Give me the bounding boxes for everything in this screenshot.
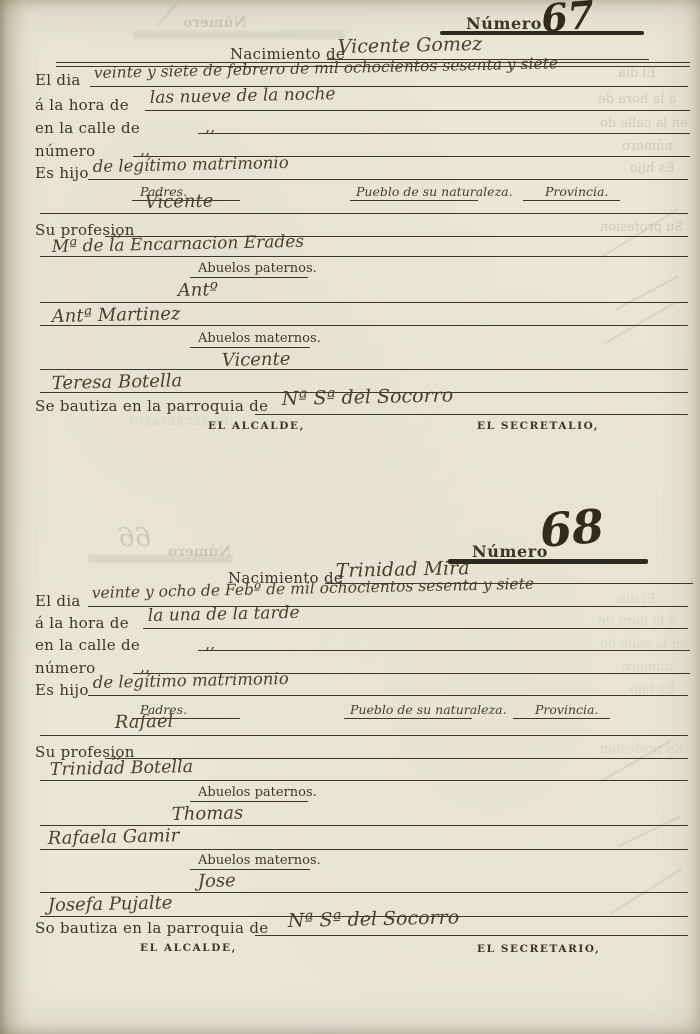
- numero-underline: [448, 559, 648, 564]
- abuelos-paternos-caption: Abuelos paternos.: [198, 261, 317, 276]
- hora-label: á la hora de: [35, 614, 129, 632]
- abuelos-paternos-underline: [190, 801, 308, 802]
- bautiza-underline: [255, 935, 688, 936]
- birth-record-68: Número 68 Nacimiento de Trinidad Mira El…: [0, 512, 700, 967]
- madre-row-line: [40, 780, 688, 781]
- column-header-provincia: Provincia.: [545, 184, 608, 199]
- hora-label: á la hora de: [35, 96, 129, 114]
- abuela-paterna-row-line: [40, 325, 688, 326]
- el-dia-value-handwritten: veinte y siete de febrero de mil ochocie…: [94, 54, 559, 82]
- el-dia-value-handwritten: veinte y ocho de Febº de mil ochocientos…: [92, 575, 535, 602]
- pueblo-header-underline: [350, 200, 478, 201]
- numero-casa-label: número: [35, 659, 95, 677]
- padre-row-line: [40, 213, 688, 214]
- column-header-pueblo: Pueblo de su naturaleza.: [356, 184, 513, 199]
- abuela-paterna-handwritten: Rafaela Gamir: [48, 825, 180, 849]
- es-hijo-value-handwritten: de legítimo matrimonio: [93, 669, 289, 692]
- secretario-signature-label: EL SECRETARIO,: [477, 943, 600, 955]
- numero-casa-label: número: [35, 142, 95, 160]
- calle-label: en la calle de: [35, 636, 140, 654]
- abuela-materna-handwritten: Josefa Pujalte: [48, 892, 173, 916]
- provincia-header-underline: [513, 718, 610, 719]
- hora-underline: [143, 628, 688, 629]
- alcalde-signature-label: EL ALCALDE,: [208, 420, 305, 432]
- birth-record-67: Número 67 Nacimiento de Vicente Gomez El…: [0, 0, 700, 445]
- abuelos-maternos-caption: Abuelos maternos.: [198, 331, 321, 346]
- abuela-paterna-handwritten: Antª Martinez: [52, 303, 181, 327]
- abuelo-paterno-handwritten: Antº: [178, 279, 219, 301]
- padre-name-handwritten: Rafael: [115, 711, 174, 733]
- bautiza-label: Se bautiza en la parroquia de: [35, 397, 268, 415]
- column-header-pueblo: Pueblo de su naturaleza.: [350, 702, 507, 717]
- es-hijo-underline: [88, 695, 688, 696]
- abuela-materna-handwritten: Teresa Botella: [52, 370, 183, 394]
- calle-underline: [198, 133, 690, 134]
- padre-name-handwritten: Vicente: [145, 191, 214, 213]
- provincia-header-underline: [523, 200, 620, 201]
- el-dia-label: El dia: [35, 592, 81, 610]
- abuelo-paterno-row-line: [40, 302, 688, 303]
- abuelo-paterno-handwritten: Thomas: [172, 803, 244, 825]
- bautiza-label: So bautiza en la parroquia de: [35, 919, 268, 937]
- el-dia-label: El dia: [35, 71, 81, 89]
- calle-underline: [198, 650, 690, 651]
- abuelo-materno-handwritten: Vicente: [222, 349, 291, 371]
- bautiza-value-handwritten: Nª Sª del Socorro: [288, 906, 460, 932]
- abuelo-materno-handwritten: Jose: [198, 870, 236, 892]
- hora-value-handwritten: la una de la tarde: [148, 603, 300, 626]
- es-hijo-value-handwritten: de legítimo matrimonio: [93, 153, 289, 176]
- abuelos-paternos-caption: Abuelos paternos.: [198, 785, 317, 800]
- madre-name-handwritten: Mª de la Encarnacion Erades: [52, 232, 305, 257]
- column-header-provincia: Provincia.: [535, 702, 598, 717]
- abuelos-maternos-underline: [190, 347, 310, 348]
- numero-value-handwritten: 68: [538, 503, 606, 554]
- pueblo-header-underline: [344, 718, 472, 719]
- abuelos-paternos-underline: [190, 277, 308, 278]
- abuelos-maternos-caption: Abuelos maternos.: [198, 853, 321, 868]
- es-hijo-underline: [88, 179, 688, 180]
- nacimiento-value-handwritten: Vicente Gomez: [338, 33, 483, 58]
- register-page-scan: Número El dia á la hora de en la calle d…: [0, 0, 700, 1034]
- hora-underline: [145, 110, 690, 111]
- es-hijo-label: Es hijo: [35, 164, 89, 182]
- bautiza-value-handwritten: Nª Sª del Socorro: [282, 384, 454, 410]
- abuelo-materno-row-line: [40, 369, 688, 370]
- calle-label: en la calle de: [35, 119, 140, 137]
- padre-row-line: [40, 735, 688, 736]
- secretario-signature-label: EL SECRETALIO,: [477, 420, 599, 432]
- madre-row-line: [40, 256, 688, 257]
- abuela-paterna-row-line: [40, 849, 688, 850]
- es-hijo-label: Es hijo: [35, 681, 89, 699]
- hora-value-handwritten: las nueve de la noche: [150, 84, 336, 108]
- bautiza-underline: [255, 414, 688, 415]
- madre-name-handwritten: Trinidad Botella: [50, 757, 194, 780]
- alcalde-signature-label: EL ALCALDE,: [140, 942, 237, 954]
